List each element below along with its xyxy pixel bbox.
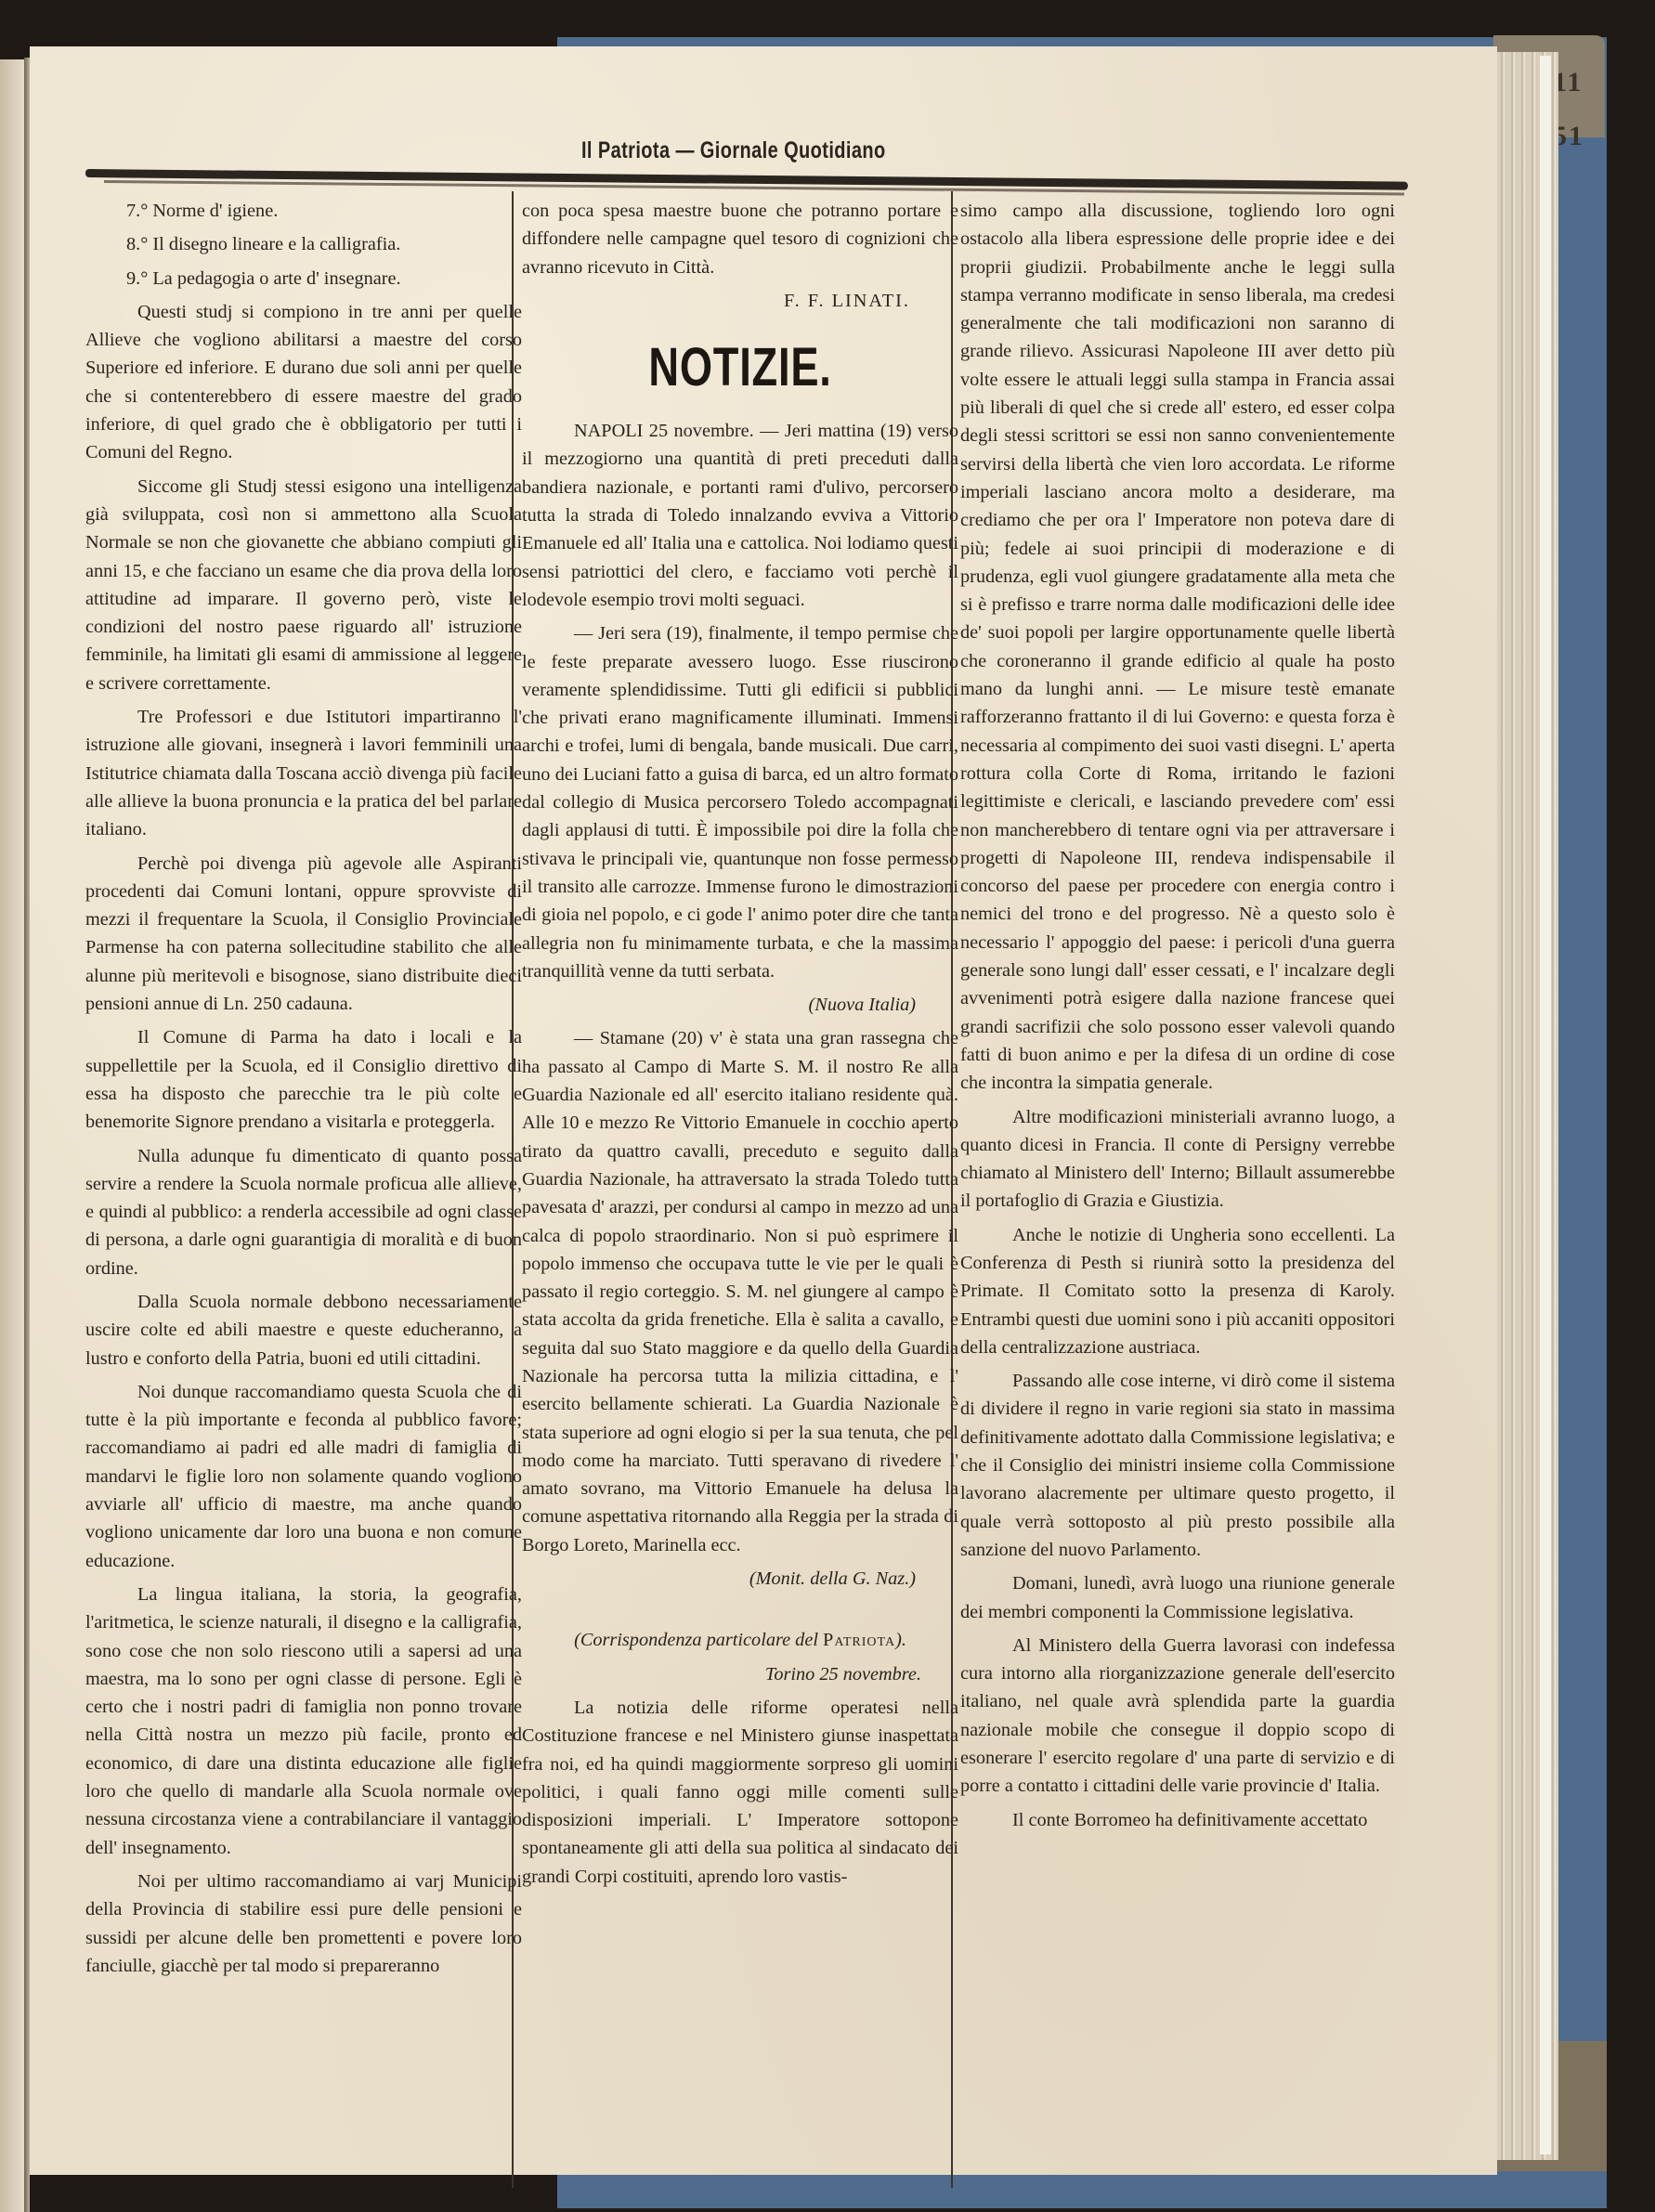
correspondence-prefix: (Corrispondenza particolare del: [574, 1630, 818, 1650]
page-stack-edge-highlight: [1540, 56, 1551, 2154]
curriculum-item: 8.° Il disegno lineare e la calligrafia.: [85, 230, 522, 258]
news-paragraph: simo campo alla discussione, togliendo l…: [960, 197, 1395, 1098]
article-signature: F. F. LINATI.: [522, 287, 958, 315]
news-paragraph: Domani, lunedì, avrà luogo una riunione …: [960, 1569, 1395, 1626]
news-source: (Monit. della G. Naz.): [522, 1565, 958, 1593]
news-paragraph: Altre modificazioni ministeriali avranno…: [960, 1103, 1395, 1216]
article-paragraph: Noi dunque raccomandiamo questa Scuola c…: [85, 1378, 522, 1575]
article-paragraph: Questi studj si compiono in tre anni per…: [85, 298, 522, 467]
running-header: Il Patriota — Giornale Quotidiano: [93, 137, 1375, 175]
correspondence-suffix: ).: [895, 1630, 906, 1650]
news-paragraph: — Stamane (20) v' è stata una gran rasse…: [522, 1024, 958, 1559]
correspondence-heading: (Corrispondenza particolare del Patriota…: [522, 1626, 958, 1654]
news-source: (Nuova Italia): [522, 991, 958, 1019]
news-paragraph: Il conte Borromeo ha definitivamente acc…: [960, 1806, 1395, 1834]
article-paragraph: Dalla Scuola normale debbono necessariam…: [85, 1288, 522, 1373]
facing-page-edge: [0, 59, 24, 2212]
column-3: simo campo alla discussione, togliendo l…: [960, 197, 1395, 1840]
news-paragraph: Anche le notizie di Ungheria sono eccell…: [960, 1221, 1395, 1361]
news-paragraph: — Jeri sera (19), finalmente, il tempo p…: [522, 619, 958, 985]
dateline: Torino 25 novembre.: [522, 1660, 958, 1688]
section-heading: NOTIZIE.: [570, 328, 911, 408]
correspondence-paper: Patriota: [823, 1630, 895, 1650]
article-paragraph: Noi per ultimo raccomandiamo ai varj Mun…: [85, 1867, 522, 1980]
news-paragraph: NAPOLI 25 novembre. — Jeri mattina (19) …: [522, 417, 958, 614]
article-paragraph: Siccome gli Studj stessi esigono una int…: [85, 473, 522, 697]
curriculum-item: 9.° La pedagogia o arte d' insegnare.: [85, 265, 522, 293]
article-continuation: con poca spesa maestre buone che potrann…: [522, 197, 958, 281]
news-paragraph: Passando alle cose interne, vi dirò come…: [960, 1367, 1395, 1564]
article-paragraph: La lingua italiana, la storia, la geogra…: [85, 1581, 522, 1862]
curriculum-item: 7.° Norme d' igiene.: [85, 197, 522, 225]
news-paragraph: La notizia delle riforme operatesi nella…: [522, 1694, 958, 1891]
article-paragraph: Tre Professori e due Istitutori impartir…: [85, 703, 522, 843]
column-2: con poca spesa maestre buone che potrann…: [522, 197, 958, 1896]
column-1: 7.° Norme d' igiene. 8.° Il disegno line…: [85, 197, 522, 1985]
article-paragraph: Nulla adunque fu dimenticato di quanto p…: [85, 1142, 522, 1282]
newspaper-title: Il Patriota — Giornale Quotidiano: [581, 137, 886, 164]
article-paragraph: Il Comune di Parma ha dato i locali e la…: [85, 1023, 522, 1136]
news-paragraph: Al Ministero della Guerra lavorasi con i…: [960, 1632, 1395, 1801]
article-paragraph: Perchè poi divenga più agevole alle Aspi…: [85, 850, 522, 1019]
